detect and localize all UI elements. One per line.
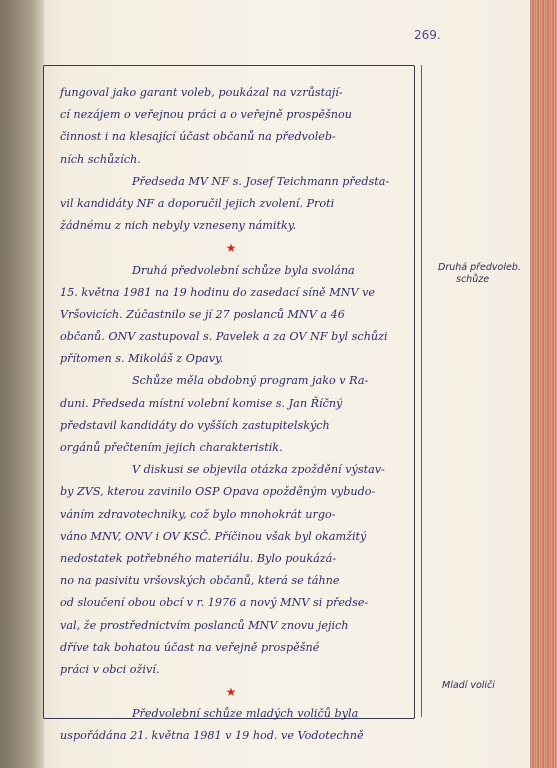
section-separator-star-icon: ★ xyxy=(60,681,412,703)
text-line: V diskusi se objevila otázka zpoždění vý… xyxy=(60,459,412,481)
text-line: by ZVS, kterou zavinilo OSP Opava opoždě… xyxy=(60,481,412,503)
text-line: dříve tak bohatou účast na veřejně prosp… xyxy=(60,637,412,659)
text-line: orgánů přečtením jejich charakteristik. xyxy=(60,437,412,459)
text-line: činnost i na klesající účast občanů na p… xyxy=(60,126,412,148)
text-line: váním zdravotechniky, což bylo mnohokrát… xyxy=(60,504,412,526)
margin-rule xyxy=(421,65,422,717)
margin-note-line: schůze xyxy=(438,274,521,286)
text-line: práci v obci oživí. xyxy=(60,659,412,681)
text-line: val, že prostřednictvím poslanců MNV zno… xyxy=(60,615,412,637)
margin-note-line: Druhá předvoleb. xyxy=(438,262,521,274)
text-line: vil kandidáty NF a doporučil jejich zvol… xyxy=(60,193,412,215)
text-line: Schůze měla obdobný program jako v Ra- xyxy=(60,370,412,392)
text-line: od sloučení obou obcí v r. 1976 a nový M… xyxy=(60,592,412,614)
text-line: Druhá předvolební schůze byla svolána xyxy=(60,260,412,282)
text-line: Předvolební schůze mladých voličů byla xyxy=(60,703,412,725)
page-number: 269. xyxy=(414,28,441,42)
text-line: 15. května 1981 na 19 hodinu do zasedací… xyxy=(60,282,412,304)
section-separator-star-icon: ★ xyxy=(60,237,412,259)
text-line: žádnému z nich nebyly vzneseny námitky. xyxy=(60,215,412,237)
text-line: no na pasivitu vršovských občanů, která … xyxy=(60,570,412,592)
text-line: nedostatek potřebného materiálu. Bylo po… xyxy=(60,548,412,570)
text-line: váno MNV, ONV i OV KSČ. Příčinou však by… xyxy=(60,526,412,548)
text-line: cí nezájem o veřejnou práci a o veřejně … xyxy=(60,104,412,126)
text-line: přítomen s. Mikoláš z Opavy. xyxy=(60,348,412,370)
text-line: ních schůzích. xyxy=(60,149,412,171)
page-edges xyxy=(530,0,557,768)
text-line: duni. Předseda místní volební komise s. … xyxy=(60,393,412,415)
margin-note-young-voters: Mladí voliči xyxy=(442,680,495,692)
text-line: Předseda MV NF s. Josef Teichmann předst… xyxy=(60,171,412,193)
handwritten-body: fungoval jako garant voleb, poukázal na … xyxy=(60,82,412,748)
margin-note-line: Mladí voliči xyxy=(442,680,495,692)
text-line: občanů. ONV zastupoval s. Pavelek a za O… xyxy=(60,326,412,348)
book-gutter xyxy=(0,0,44,768)
margin-note-second-meeting: Druhá předvoleb. schůze xyxy=(438,262,521,286)
text-line: fungoval jako garant voleb, poukázal na … xyxy=(60,82,412,104)
text-line: představil kandidáty do vyšších zastupit… xyxy=(60,415,412,437)
text-line: Vršovicích. Zúčastnilo se jí 27 poslanců… xyxy=(60,304,412,326)
text-line: uspořádána 21. května 1981 v 19 hod. ve … xyxy=(60,725,412,747)
